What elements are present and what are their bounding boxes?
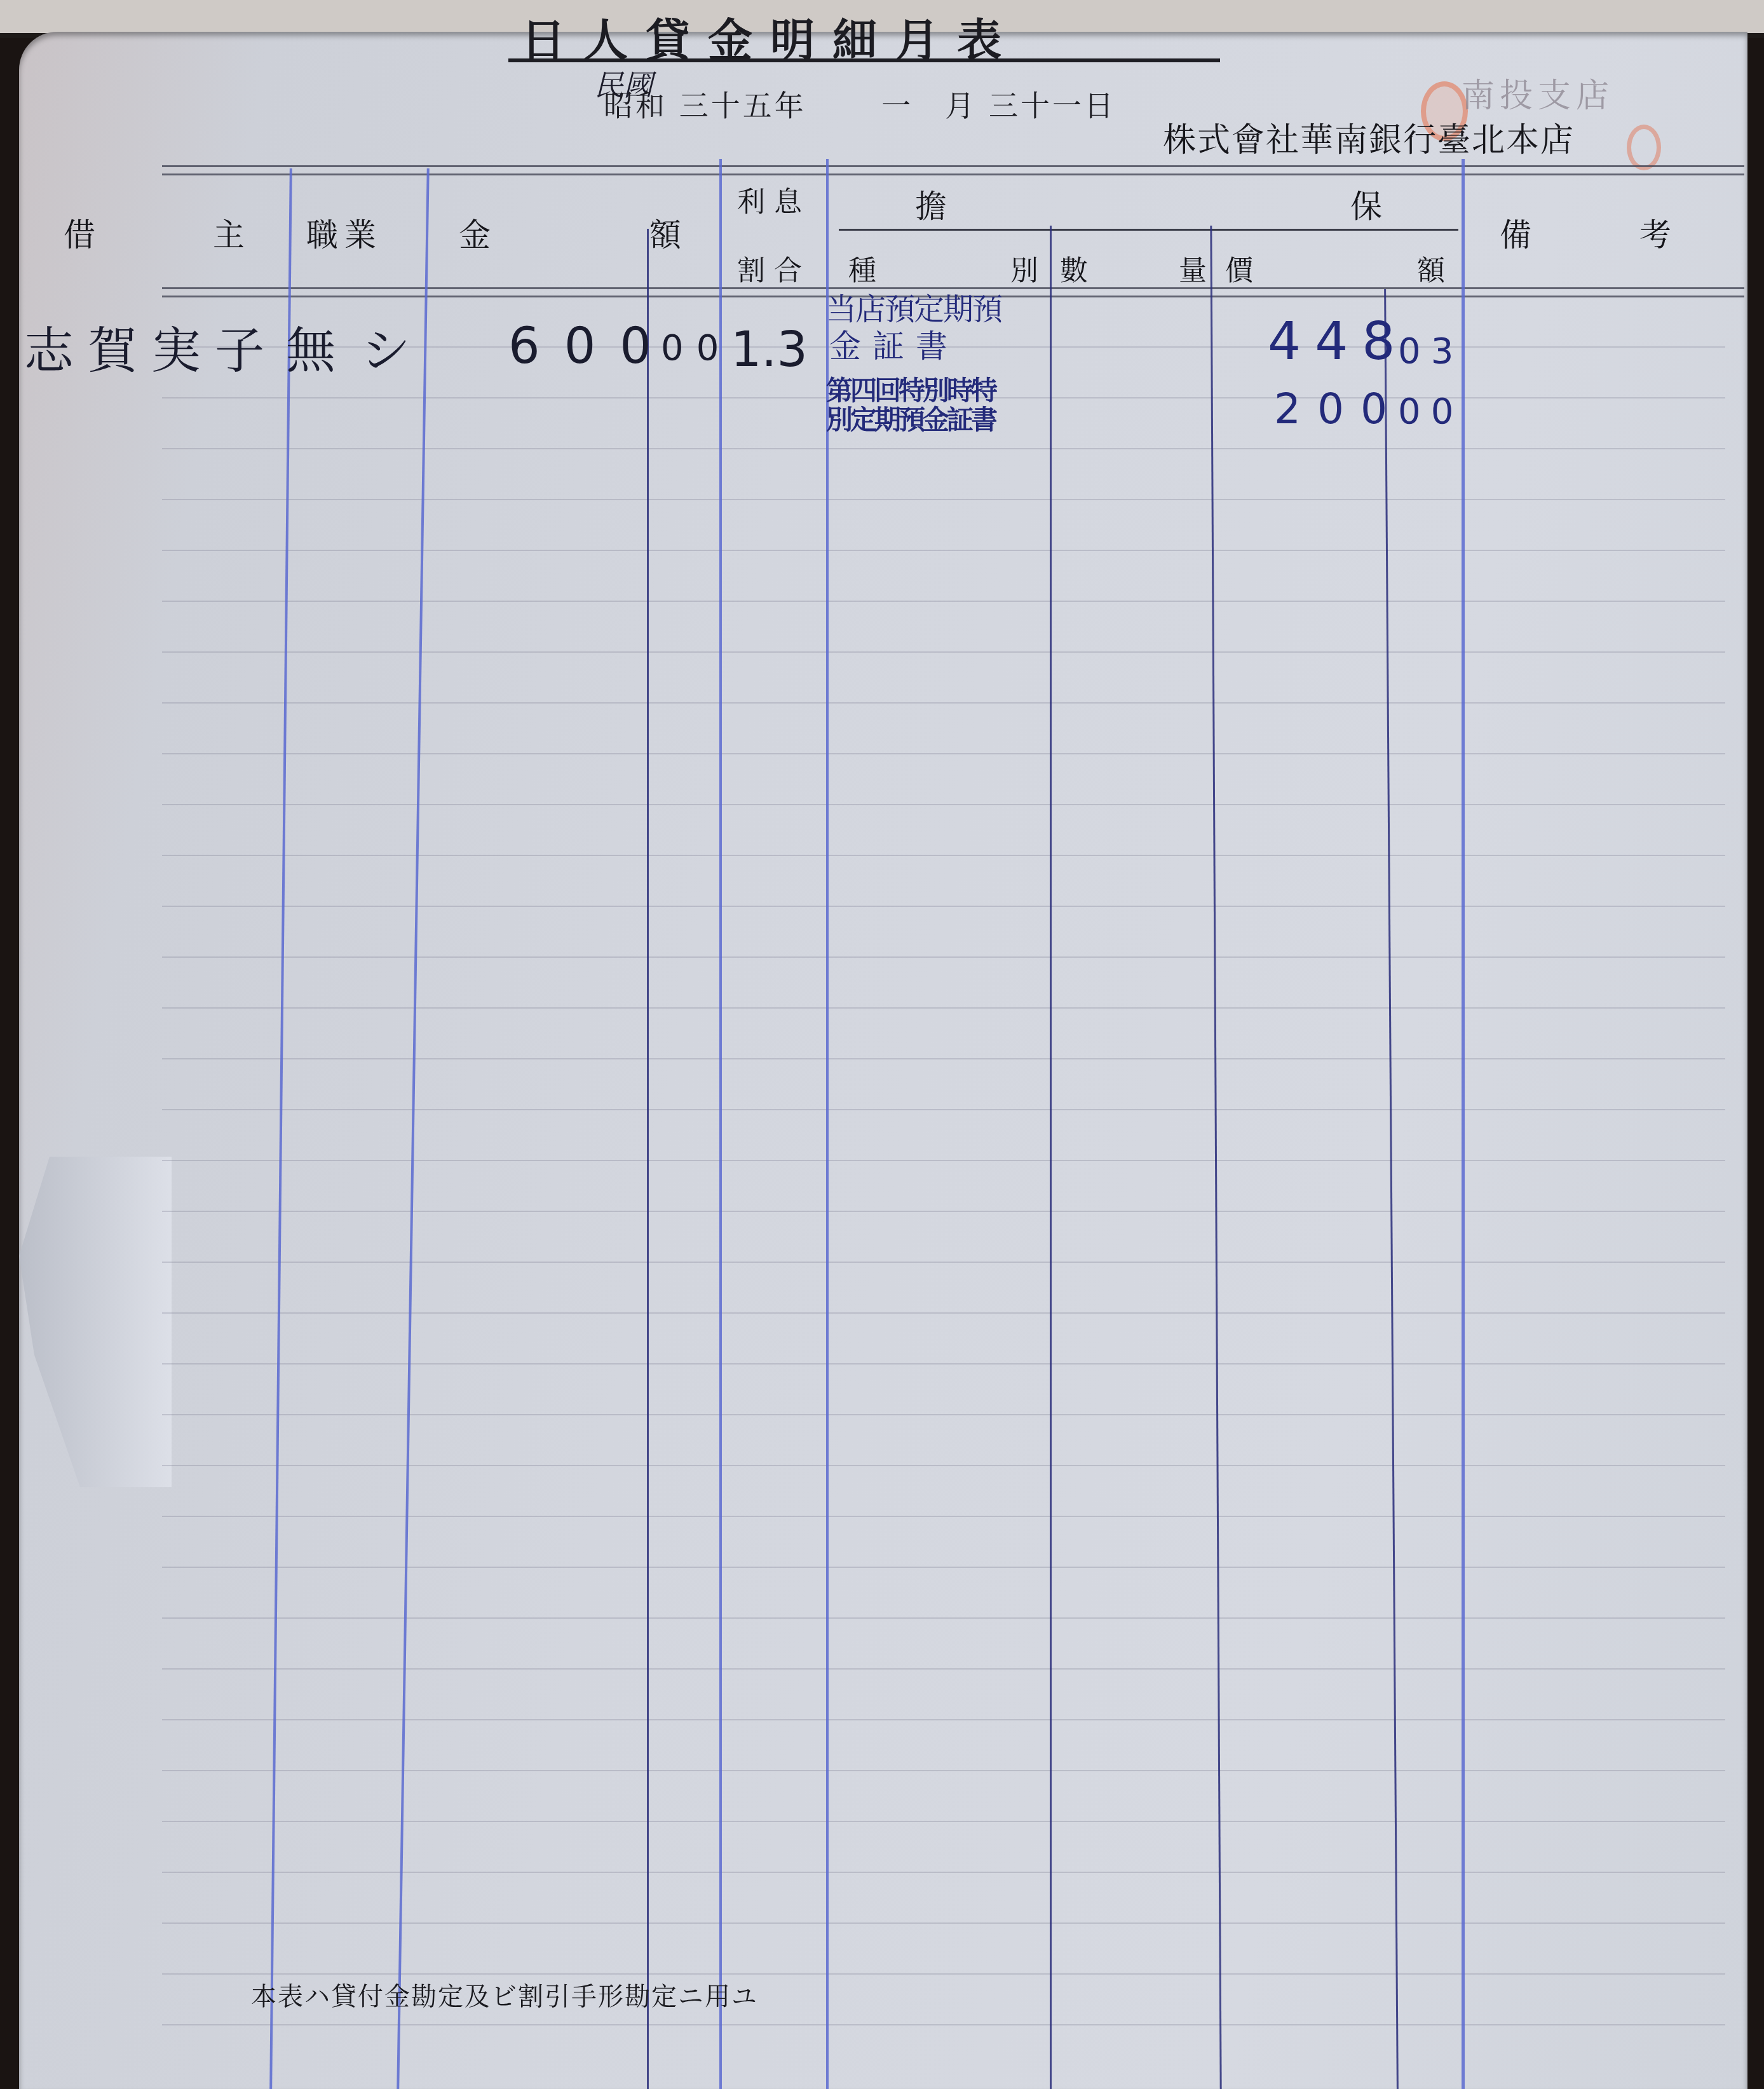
ruled-line xyxy=(162,1872,1725,1873)
ruled-line xyxy=(162,956,1725,958)
ruled-line xyxy=(162,804,1725,805)
header-interest-top: 利息 xyxy=(737,179,811,220)
header-quantity-1: 數 xyxy=(1060,248,1097,289)
cell-collateral-1-value-integer: 448 xyxy=(1268,311,1409,372)
column-divider-type xyxy=(1050,226,1052,2089)
ruled-line xyxy=(162,2024,1725,2025)
date-year: 三十五 xyxy=(679,88,775,123)
header-type-1: 種 xyxy=(848,248,885,289)
header-interest-bottom: 割合 xyxy=(737,248,811,289)
header-value-2: 額 xyxy=(1417,248,1454,289)
ruled-line xyxy=(162,855,1725,856)
column-divider-amount-decimal xyxy=(647,229,649,2089)
ruled-line xyxy=(162,1109,1725,1110)
cell-amount-decimal: 00 xyxy=(661,327,731,369)
cell-amount-integer: 600 xyxy=(508,318,675,375)
table-top-rule xyxy=(162,165,1744,175)
date-day-suffix: 日 xyxy=(1084,88,1116,123)
ruled-line xyxy=(162,1668,1725,1670)
header-collateral-2: 保 xyxy=(1350,181,1382,227)
branch-stamp: 南投支店 xyxy=(1462,69,1614,116)
ruled-line xyxy=(162,1973,1725,1975)
report-date: 昭和 三十五年 一 月 三十一日 xyxy=(604,83,1116,125)
ruled-line xyxy=(162,1567,1725,1568)
ruled-line xyxy=(162,1007,1725,1009)
ruled-line xyxy=(162,1770,1725,1771)
ruled-line xyxy=(162,1922,1725,1924)
collateral-subheader-rule xyxy=(839,229,1458,231)
cell-occupation: 無シ xyxy=(286,311,436,383)
ruled-line xyxy=(162,1821,1725,1822)
ruled-line xyxy=(162,1058,1725,1059)
date-day: 三十一 xyxy=(989,88,1084,123)
date-month: 一 xyxy=(881,88,913,123)
red-seal-stamp-small xyxy=(1627,125,1661,170)
date-year-suffix: 年 xyxy=(775,88,806,123)
header-amount-2: 額 xyxy=(649,210,681,255)
column-divider-collateral xyxy=(1462,159,1465,2089)
ruled-line xyxy=(162,1719,1725,1720)
cell-collateral-1-value-decimal: 03 xyxy=(1398,330,1463,372)
ruled-line xyxy=(162,601,1725,602)
header-value-1: 價 xyxy=(1225,248,1262,289)
date-era: 昭和 xyxy=(604,88,667,123)
ruled-line xyxy=(162,1414,1725,1415)
header-occupation: 職業 xyxy=(306,210,383,255)
cell-borrower: 志賀実子 xyxy=(24,311,278,383)
header-borrower-2: 主 xyxy=(213,210,245,255)
ruled-line xyxy=(162,1516,1725,1517)
header-remarks-1: 備 xyxy=(1500,210,1531,255)
ruled-line xyxy=(162,499,1725,500)
ruled-line xyxy=(162,1465,1725,1466)
header-type-2: 別 xyxy=(1010,248,1047,289)
ruled-line xyxy=(162,1211,1725,1212)
ruled-line xyxy=(162,1617,1725,1619)
issuing-bank: 株式會社華南銀行臺北本店 xyxy=(1163,113,1575,161)
ruled-line xyxy=(162,448,1725,449)
column-divider-rate xyxy=(826,159,829,2089)
ruled-line xyxy=(162,702,1725,704)
ruled-line xyxy=(162,753,1725,754)
header-remarks-2: 考 xyxy=(1639,210,1671,255)
column-divider-amount xyxy=(719,159,722,2089)
cell-collateral-1-type-line2: 金証書 xyxy=(829,321,959,367)
ruled-line xyxy=(162,1160,1725,1161)
header-collateral-1: 擔 xyxy=(915,181,947,227)
ruled-line xyxy=(162,906,1725,907)
ruled-line xyxy=(162,1363,1725,1364)
ruled-line xyxy=(162,1312,1725,1314)
footer-usage-note: 本表ハ貸付金勘定及ビ割引手形勘定ニ用ユ xyxy=(251,1977,758,2013)
header-amount-1: 金 xyxy=(459,210,491,255)
ruled-line xyxy=(162,1262,1725,1263)
header-borrower-1: 借 xyxy=(64,210,95,255)
date-month-suffix: 月 xyxy=(945,88,977,123)
cell-collateral-2-value-decimal: 00 xyxy=(1398,391,1463,432)
cell-interest-rate: 1.3 xyxy=(731,321,808,378)
ruled-line xyxy=(162,651,1725,653)
header-quantity-2: 量 xyxy=(1179,248,1216,289)
cell-collateral-2-value-integer: 200 xyxy=(1274,384,1404,433)
ruled-line xyxy=(162,550,1725,551)
cell-collateral-2-type-line2: 別定期預金証書 xyxy=(826,399,995,437)
